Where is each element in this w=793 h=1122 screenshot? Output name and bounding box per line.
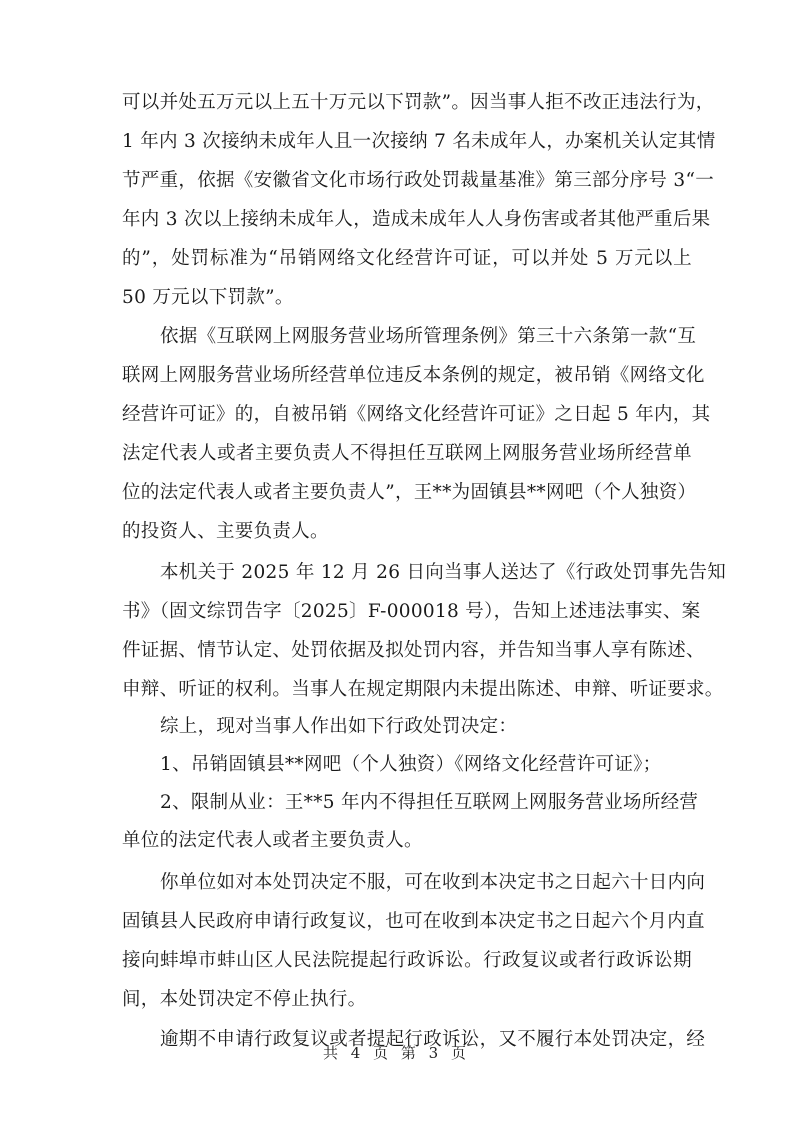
text-line: 你单位如对本处罚决定不服，可在收到本决定书之日起六十日内向 bbox=[160, 868, 692, 898]
text-line: 固镇县人民政府申请行政复议，也可在收到本决定书之日起六个月内直 bbox=[122, 907, 692, 937]
text-line: 年内 3 次以上接纳未成年人，造成未成年人人身伤害或者其他严重后果 bbox=[122, 205, 692, 235]
text-line: 的”，处罚标准为“吊销网络文化经营许可证，可以并处 5 万元以上 bbox=[122, 244, 692, 274]
text-line: 可以并处五万元以上五十万元以下罚款”。因当事人拒不改正违法行为， bbox=[122, 88, 692, 118]
text-line: 位的法定代表人或者主要负责人”，王**为固镇县**网吧（个人独资） bbox=[122, 478, 692, 508]
text-line: 的投资人、主要负责人。 bbox=[122, 517, 329, 547]
text-line: 接向蚌埠市蚌山区人民法院提起行政诉讼。行政复议或者行政诉讼期 bbox=[122, 946, 692, 976]
text-line: 法定代表人或者主要负责人不得担任互联网上网服务营业场所经营单 bbox=[122, 439, 692, 469]
text-line: 经营许可证》的，自被吊销《网络文化经营许可证》之日起 5 年内，其 bbox=[122, 400, 692, 430]
text-line: 依据《互联网上网服务营业场所管理条例》第三十六条第一款“互 bbox=[160, 322, 692, 352]
text-line: 本机关于 2025 年 12 月 26 日向当事人送达了《行政处罚事先告知 bbox=[160, 558, 692, 588]
text-line: 节严重，依据《安徽省文化市场行政处罚裁量基准》第三部分序号 3“一 bbox=[122, 166, 692, 196]
text-line: 综上，现对当事人作出如下行政处罚决定： bbox=[160, 712, 692, 742]
text-line: 单位的法定代表人或者主要负责人。 bbox=[122, 826, 423, 856]
text-line: 联网上网服务营业场所经营单位违反本条例的规定，被吊销《网络文化 bbox=[122, 361, 692, 391]
text-line: 1 年内 3 次接纳未成年人且一次接纳 7 名未成年人，办案机关认定其情 bbox=[122, 127, 692, 157]
page-footer: 共 4 页 第 3 页 bbox=[0, 1042, 793, 1063]
text-line: 间，本处罚决定不停止执行。 bbox=[122, 985, 366, 1015]
text-line: 50 万元以下罚款”。 bbox=[122, 283, 294, 313]
text-line: 2、限制从业：王**5 年内不得担任互联网上网服务营业场所经营 bbox=[160, 788, 692, 818]
text-line: 申辩、听证的权利。当事人在规定期限内未提出陈述、申辩、听证要求。 bbox=[122, 675, 692, 705]
text-line: 书》（固文综罚告字〔2025〕F-000018 号），告知上述违法事实、案 bbox=[122, 597, 692, 627]
text-line: 1、吊销固镇县**网吧（个人独资）《网络文化经营许可证》； bbox=[160, 750, 692, 780]
document-page: 可以并处五万元以上五十万元以下罚款”。因当事人拒不改正违法行为，1 年内 3 次… bbox=[0, 0, 793, 1122]
text-line: 件证据、情节认定、处罚依据及拟处罚内容，并告知当事人享有陈述、 bbox=[122, 636, 692, 666]
